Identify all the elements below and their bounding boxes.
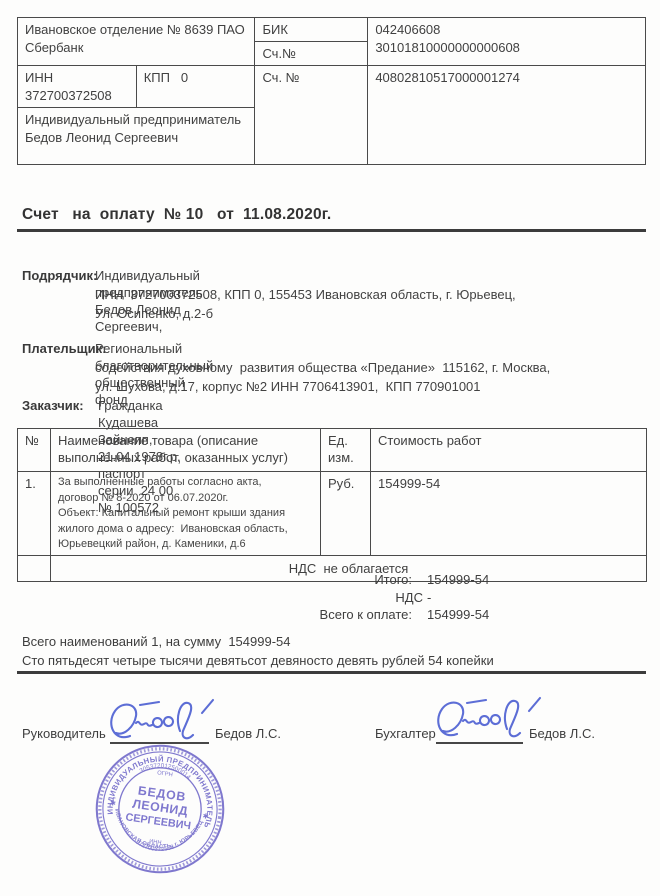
amount-in-words: Сто пятьдесят четыре тысячи девятьсот де… xyxy=(22,653,494,668)
director-signature-scribble xyxy=(96,696,231,746)
header-name-cell: Наименование товара (описание выполненны… xyxy=(51,429,321,472)
accountant-label: Бухгалтер xyxy=(375,726,436,741)
customer-label: Заказчик: xyxy=(22,398,84,413)
payer-line-2: содействия духовному развития общества «… xyxy=(95,359,550,376)
item-num: 1. xyxy=(25,476,36,491)
item-cost-cell: 154999-54 xyxy=(371,472,647,556)
bik-value: 042406608 xyxy=(375,21,638,39)
bank-name: Ивановское отделение № 8639 ПАО Сбербанк xyxy=(25,22,248,55)
items-count-line: Всего наименований 1, на сумму 154999-54 xyxy=(22,634,291,649)
payee-name-cell: Индивидуальный предприниматель Бедов Лео… xyxy=(18,108,255,165)
inn-cell: ИНН 372700372508 xyxy=(18,66,137,108)
account-label-cell: Сч. № xyxy=(255,66,368,165)
customer-line: Заказчик: Гражданка Кудашева Зайнепп, 21… xyxy=(22,397,84,414)
items-table: № Наименование товара (описание выполнен… xyxy=(17,428,647,582)
account-value-cell: 40802810517000001274 xyxy=(368,66,646,165)
item-description-line: Юрьевецкий район, д. Каменики, д.6 xyxy=(58,537,313,553)
item-description-line: договор № 8-2020 от 06.07.2020г. xyxy=(58,491,313,507)
kpp-value: КПП 0 xyxy=(144,70,188,85)
vat-empty-cell xyxy=(18,555,51,581)
total-label: Всего к оплате: xyxy=(250,606,412,624)
payer-label: Плательщик: xyxy=(22,341,106,356)
contractor-line-1: Подрядчик: Индивидуальный предпринимател… xyxy=(22,267,97,284)
header-unit: Ед. изм. xyxy=(328,433,354,465)
bank-details-table: Ивановское отделение № 8639 ПАО Сбербанк… xyxy=(17,17,646,165)
item-cost: 154999-54 xyxy=(378,476,440,491)
stamp-star-left: ✱ xyxy=(109,798,116,808)
nds-label: НДС xyxy=(250,589,423,607)
corr-account-label: Сч.№ xyxy=(262,46,296,61)
payer-line-1: Плательщик: Региональный благотворительн… xyxy=(22,340,106,357)
account-value: 40802810517000001274 xyxy=(375,70,520,85)
summary-divider xyxy=(17,671,646,674)
itogo-label: Итого: xyxy=(250,571,412,589)
totals-itogo-row: Итого: 154999-54 xyxy=(250,571,497,589)
stamp-ogrn-label: ОГРН xyxy=(157,770,173,778)
item-num-cell: 1. xyxy=(18,472,51,556)
totals-block: Итого: 154999-54 НДС - Всего к оплате: 1… xyxy=(250,571,497,624)
title-divider xyxy=(17,229,646,232)
accountant-signature-line xyxy=(436,742,523,744)
contractor-line-2: ИНН 372700372508, КПП 0, 155453 Ивановск… xyxy=(95,286,516,303)
item-unit: Руб. xyxy=(328,476,354,491)
corr-account-value: 30101810000000000608 xyxy=(375,39,638,57)
stamp-star-right: ✱ xyxy=(202,811,209,821)
inn-value: ИНН 372700372508 xyxy=(25,70,112,103)
header-num-cell: № xyxy=(18,429,51,472)
header-num: № xyxy=(25,433,39,448)
item-description-cell: За выполненные работы согласно акта, дог… xyxy=(51,472,321,556)
director-label: Руководитель xyxy=(22,726,106,741)
director-name: Бедов Л.С. xyxy=(215,726,281,741)
contractor-line-3: Ул. Осипенко, д.2-б xyxy=(95,305,213,322)
bank-name-cell: Ивановское отделение № 8639 ПАО Сбербанк xyxy=(18,18,255,66)
nds-value: - xyxy=(427,589,497,607)
header-cost-cell: Стоимость работ xyxy=(371,429,647,472)
payer-line-3: ул. Шухова, д.17, корпус №2 ИНН 77064139… xyxy=(95,378,481,395)
item-description-line: За выполненные работы согласно акта, xyxy=(58,475,313,491)
bik-label: БИК xyxy=(262,22,287,37)
invoice-title: Счет на оплату № 10 от 11.08.2020г. xyxy=(22,206,331,224)
bik-corr-value-cell: 042406608 30101810000000000608 xyxy=(368,18,646,66)
item-unit-cell: Руб. xyxy=(321,472,371,556)
totals-total-row: Всего к оплате: 154999-54 xyxy=(250,606,497,624)
item-description-line: Объект: Капитальный ремонт крыши здания xyxy=(58,506,313,522)
totals-nds-row: НДС - xyxy=(250,589,497,607)
corr-account-label-cell: Сч.№ xyxy=(255,42,368,66)
header-cost: Стоимость работ xyxy=(378,433,482,448)
itogo-value: 154999-54 xyxy=(427,571,497,589)
header-unit-cell: Ед. изм. xyxy=(321,429,371,472)
account-label: Сч. № xyxy=(262,70,299,85)
contractor-label: Подрядчик: xyxy=(22,268,97,283)
invoice-document: { "colors": { "ink": "#3e3e3e", "stamp_b… xyxy=(0,0,660,896)
company-stamp: ИНДИВИДУАЛЬНЫЙ ПРЕДПРИНИМАТЕЛЬ ИВАНОВСКА… xyxy=(88,740,232,878)
bik-label-cell: БИК xyxy=(255,18,368,42)
total-value: 154999-54 xyxy=(427,606,497,624)
item-description-line: жилого дома о адресу: Ивановская область… xyxy=(58,522,313,538)
payee-name: Индивидуальный предприниматель Бедов Лео… xyxy=(25,111,247,147)
kpp-cell: КПП 0 xyxy=(136,66,255,108)
accountant-name: Бедов Л.С. xyxy=(529,726,595,741)
header-name: Наименование товара (описание выполненны… xyxy=(58,433,288,465)
